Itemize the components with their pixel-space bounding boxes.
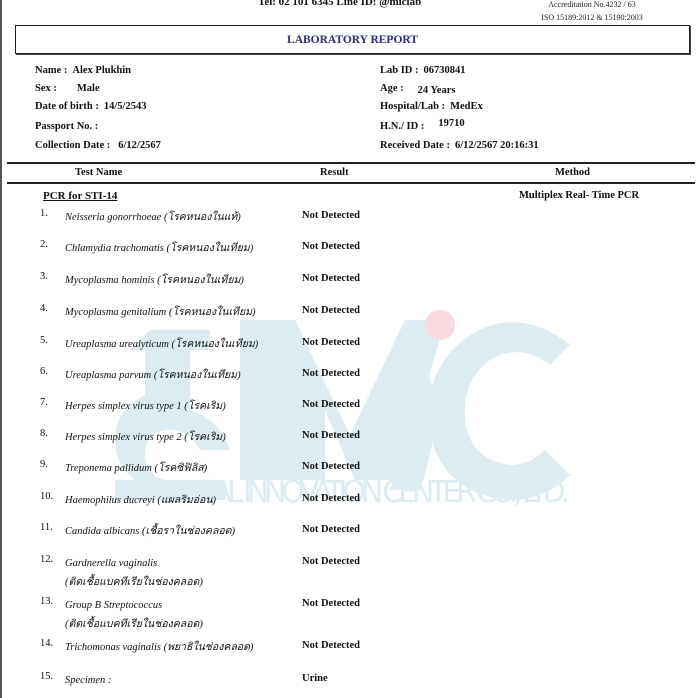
section-title: PCR for STI-14 [43, 190, 117, 202]
test-result: Not Detected [302, 640, 360, 651]
report-title: LABORATORY REPORT [287, 34, 418, 46]
test-name: Herpes simplex virus type 1 (โรคเริม) [65, 397, 226, 416]
test-name: Candida albicans (เชื้อราในช่องคลอด) [65, 522, 235, 541]
test-name-latin: Candida albicans [65, 526, 139, 537]
row-number: 10. [40, 491, 53, 502]
test-result: Not Detected [302, 273, 360, 284]
row-number: 11. [40, 522, 53, 533]
row-number: 7. [40, 397, 48, 408]
test-name: Haemophilus ducreyi (แผลริมอ่อน) [65, 491, 216, 510]
test-result: Not Detected [302, 210, 360, 221]
test-name: Herpes simplex virus type 2 (โรคเริม) [65, 428, 226, 447]
test-name-latin: Group B Streptococcus [65, 600, 162, 611]
test-result: Not Detected [302, 430, 360, 441]
test-name: Neisseria gonorrhoeae (โรคหนองในแท้) [65, 208, 241, 227]
patient-age: Age :24 Years [380, 83, 455, 94]
test-name-latin: Ureaplasma parvum [65, 370, 151, 381]
test-name-thai: (โรคหนองในแท้) [164, 212, 241, 223]
test-name: Chlamydia trachomatis (โรคหนองในเทียม) [65, 239, 253, 258]
test-name: Ureaplasma parvum (โรคหนองในเทียม) [65, 366, 241, 385]
test-name: Mycoplasma genitalium (โรคหนองในเทียม) [65, 303, 256, 322]
test-name-thai: (โรคเริม) [184, 432, 225, 443]
hospital-lab: Hospital/Lab :MedEx [380, 101, 483, 112]
accreditation-number: Accreditation No.4232 / 63 [532, 0, 652, 11]
row-number: 14. [40, 638, 53, 649]
test-name-thai: (เชื้อราในช่องคลอด) [142, 526, 235, 537]
patient-name: Name :Alex Plukhin [35, 65, 131, 76]
test-result: Not Detected [302, 368, 360, 379]
test-name-latin: Specimen : [65, 675, 111, 686]
test-name-thai: (โรคเริม) [184, 401, 225, 412]
test-name-latin: Trichomonas vaginalis [65, 642, 161, 653]
page-edge-rule [0, 0, 2, 698]
row-number: 15. [40, 671, 53, 682]
col-method: Method [555, 167, 590, 178]
test-result: Urine [302, 673, 328, 684]
row-number: 13. [40, 596, 53, 607]
row-number: 12. [40, 554, 53, 565]
test-name-latin: Mycoplasma hominis [65, 275, 155, 286]
lab-id: Lab ID :06730841 [380, 65, 466, 76]
test-name-thai: (โรคหนองในเทียม) [167, 243, 254, 254]
test-name-latin: Neisseria gonorrhoeae [65, 212, 161, 223]
test-name: Mycoplasma hominis (โรคหนองในเทียม) [65, 271, 244, 290]
test-name-latin: Gardnerella vaginalis [65, 558, 157, 569]
row-number: 8. [40, 428, 48, 439]
col-result: Result [320, 167, 349, 178]
test-result: Not Detected [302, 598, 360, 609]
test-result: Not Detected [302, 493, 360, 504]
test-name-thai: (โรคหนองในเทียม) [154, 370, 241, 381]
test-name-thai: (พยาธิในช่องคลอด) [164, 642, 254, 653]
test-name-latin: Treponema pallidum [65, 463, 152, 474]
received-date: Received Date :6/12/2567 20:16:31 [380, 140, 539, 151]
patient-sex: Sex :Male [35, 83, 100, 94]
test-result: Not Detected [302, 241, 360, 252]
test-name-thai: (โรคซิฟิลิส) [154, 463, 207, 474]
test-name-thai: (โรคหนองในเทียม) [169, 307, 256, 318]
test-name-latin: Ureaplasma urealyticum [65, 339, 169, 350]
row-number: 3. [40, 271, 48, 282]
test-name-latin: Herpes simplex virus type 2 [65, 432, 182, 443]
method-value: Multiplex Real- Time PCR [519, 190, 639, 201]
report-title-box: LABORATORY REPORT [15, 25, 690, 54]
row-number: 1. [40, 208, 48, 219]
divider-header [7, 182, 695, 184]
test-result: Not Detected [302, 524, 360, 535]
test-result: Not Detected [302, 556, 360, 567]
col-test-name: Test Name [75, 167, 122, 178]
divider-top [7, 162, 695, 164]
test-name-latin: Mycoplasma genitalium [65, 307, 166, 318]
test-name: Specimen : [65, 671, 111, 690]
row-number: 5. [40, 335, 48, 346]
test-name-latin: Chlamydia trachomatis [65, 243, 164, 254]
test-name: Trichomonas vaginalis (พยาธิในช่องคลอด) [65, 638, 253, 657]
contact-info: Tel: 02 101 6345 Line ID: @miclab [258, 0, 421, 8]
patient-dob: Date of birth :14/5/2543 [35, 101, 146, 112]
test-name: Gardnerella vaginalis(ติดเชื้อแบคทีเรียใ… [65, 554, 203, 592]
accreditation: Accreditation No.4232 / 63 ISO 15189:201… [532, 0, 652, 24]
test-result: Not Detected [302, 305, 360, 316]
test-name-thai: (แผลริมอ่อน) [157, 495, 216, 506]
test-name-latin: Haemophilus ducreyi [65, 495, 155, 506]
test-name: Group B Streptococcus(ติดเชื้อแบคทีเรียใ… [65, 596, 203, 634]
row-number: 9. [40, 459, 48, 470]
patient-passport: Passport No. : [35, 121, 103, 132]
row-number: 4. [40, 303, 48, 314]
test-name-thai: (โรคหนองในเทียม) [157, 275, 244, 286]
hn-id: H.N./ ID :19710 [380, 121, 465, 132]
test-result: Not Detected [302, 399, 360, 410]
test-name-thai: (ติดเชื้อแบคทีเรียในช่องคลอด) [65, 577, 203, 588]
row-number: 2. [40, 239, 48, 250]
test-name: Treponema pallidum (โรคซิฟิลิส) [65, 459, 207, 478]
test-result: Not Detected [302, 461, 360, 472]
collection-date: Collection Date :6/12/2567 [35, 140, 161, 151]
test-name-thai: (โรคหนองในเทียม) [172, 339, 259, 350]
test-name-latin: Herpes simplex virus type 1 [65, 401, 182, 412]
test-result: Not Detected [302, 337, 360, 348]
test-name: Ureaplasma urealyticum (โรคหนองในเทียม) [65, 335, 258, 354]
test-name-thai: (ติดเชื้อแบคทีเรียในช่องคลอด) [65, 619, 203, 630]
row-number: 6. [40, 366, 48, 377]
iso-standard: ISO 15189:2012 & 15190:2003 [532, 11, 652, 24]
